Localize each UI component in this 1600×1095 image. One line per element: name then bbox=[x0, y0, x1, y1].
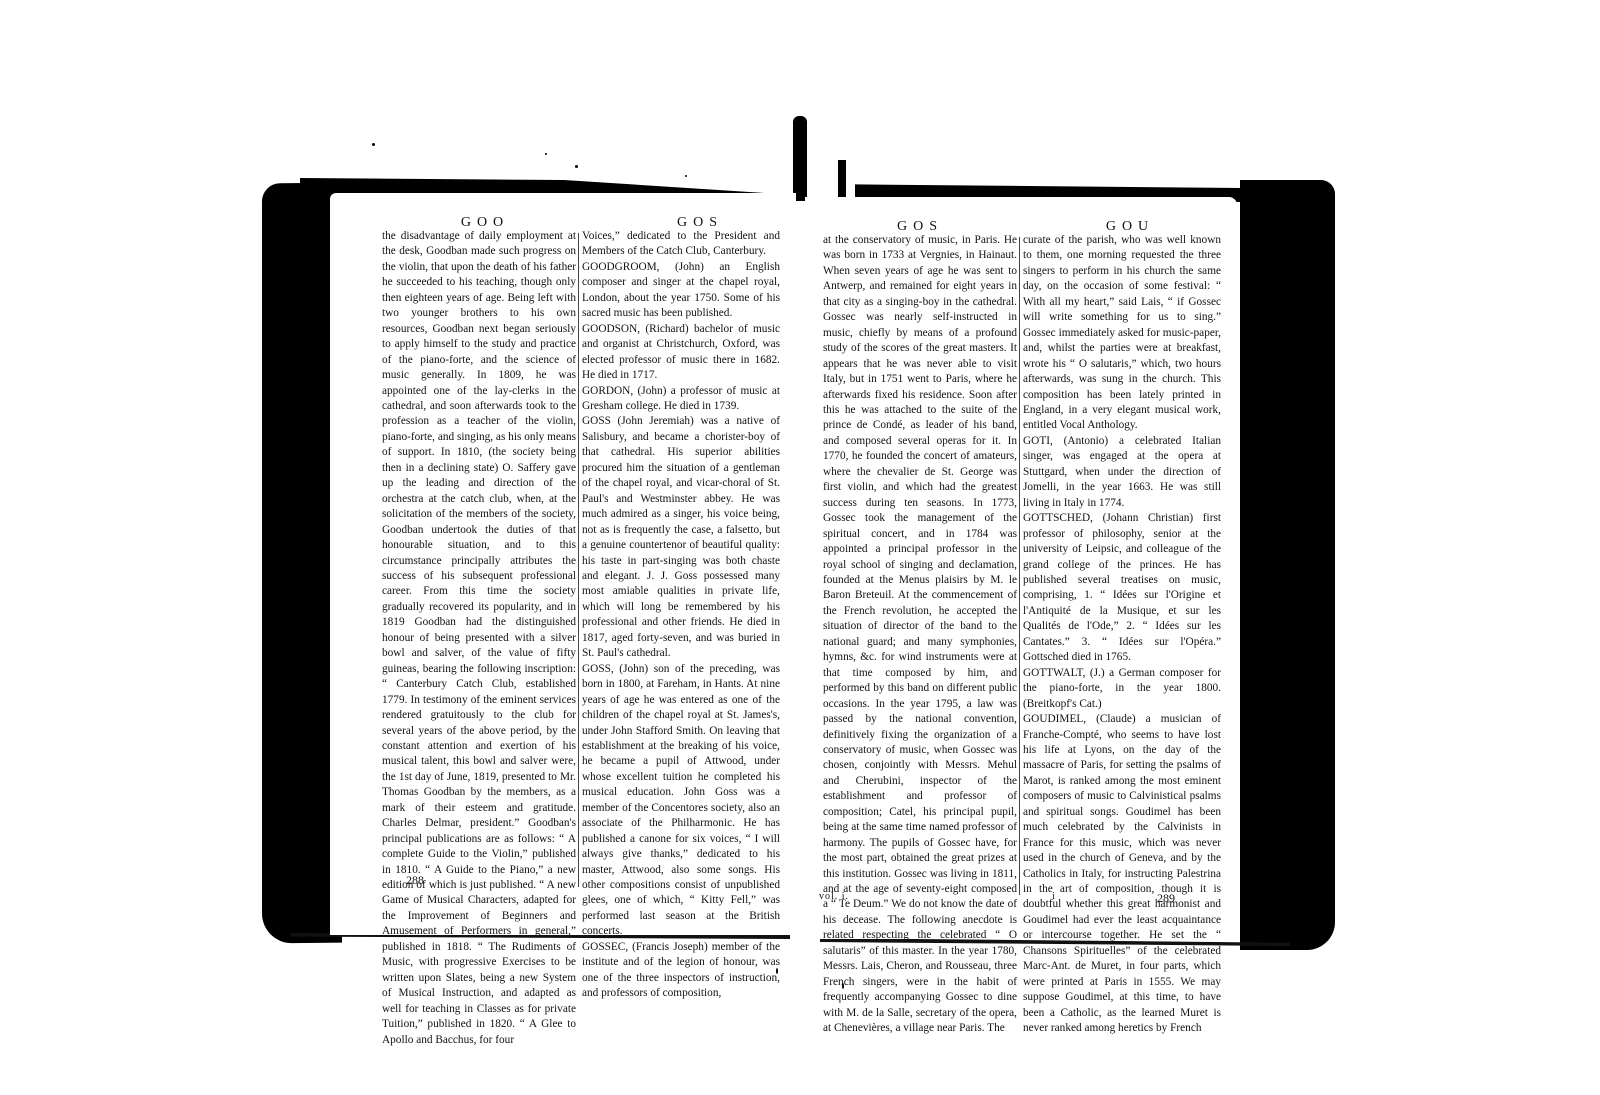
paragraph: curate of the parish, who was well known… bbox=[1023, 233, 1221, 434]
column-divider bbox=[1019, 237, 1020, 895]
scan-speck bbox=[372, 143, 375, 146]
left-page: GOO GOS the disadvantage of daily employ… bbox=[330, 193, 796, 935]
entry-gossec: GOSSEC, (Francis Joseph) member of the i… bbox=[582, 940, 780, 1002]
paragraph: Voices,” dedicated to the President and … bbox=[582, 229, 780, 260]
paragraph: the disadvantage of daily employment at … bbox=[382, 229, 576, 1048]
entry-goodson: GOODSON, (Richard) bachelor of music and… bbox=[582, 322, 780, 384]
scan-speck bbox=[685, 175, 687, 177]
scan-speck bbox=[545, 153, 547, 155]
entry-gordon: GORDON, (John) a professor of music at G… bbox=[582, 384, 780, 415]
entry-goti: GOTI, (Antonio) a celebrated Italian sin… bbox=[1023, 434, 1221, 511]
book-cover-edge-right bbox=[1240, 180, 1335, 950]
page-number: 288 bbox=[406, 873, 424, 888]
left-page-column-1: the disadvantage of daily employment at … bbox=[382, 229, 576, 1048]
scan-speck bbox=[575, 165, 578, 168]
signature-mark: i bbox=[1052, 891, 1056, 902]
column-divider bbox=[578, 233, 579, 887]
entry-gossec-continued: at the conservatory of music, in Paris. … bbox=[823, 233, 1017, 1037]
right-page-column-1: at the conservatory of music, in Paris. … bbox=[823, 233, 1017, 1037]
left-page-column-2: Voices,” dedicated to the President and … bbox=[582, 229, 780, 1002]
entry-goss-john: GOSS, (John) son of the preceding, was b… bbox=[582, 662, 780, 940]
spine-mark bbox=[838, 160, 846, 197]
page-number: 289 bbox=[1157, 891, 1175, 906]
entry-goodgroom: GOODGROOM, (John) an English composer an… bbox=[582, 260, 780, 322]
right-page: GOS GOU at the conservatory of music, in… bbox=[805, 197, 1237, 939]
spine-bookmark bbox=[793, 116, 807, 201]
volume-signature: vol. i. bbox=[819, 891, 849, 902]
entry-goudimel: GOUDIMEL, (Claude) a musician of Franche… bbox=[1023, 712, 1221, 1037]
entry-goss-john-jeremiah: GOSS (John Jeremiah) was a native of Sal… bbox=[582, 414, 780, 661]
entry-gottwalt: GOTTWALT, (J.) a German composer for the… bbox=[1023, 666, 1221, 712]
right-page-column-2: curate of the parish, who was well known… bbox=[1023, 233, 1221, 1037]
entry-gottsched: GOTTSCHED, (Johann Christian) first prof… bbox=[1023, 511, 1221, 666]
